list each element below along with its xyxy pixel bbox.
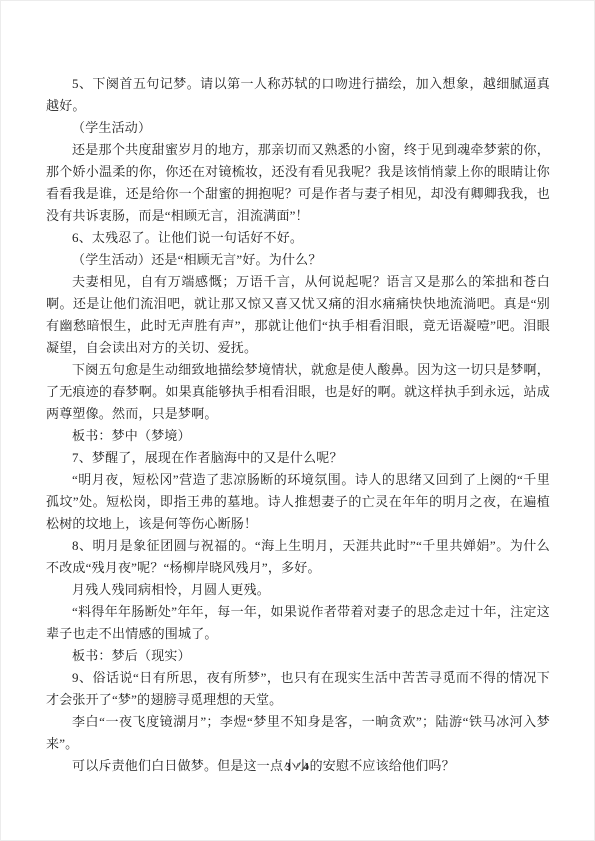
paragraph-analysis-tears: 夫妻相见，自有万端感慨；万语千言，从何说起呢？语言又是那么的笨拙和苍白啊。还是让… bbox=[46, 271, 550, 359]
paragraph-question-7: 7、梦醒了，展现在作者脑海中的又是什么呢？ bbox=[46, 447, 550, 469]
document-page: 5、下阕首五句记梦。请以第一人称苏轼的口吻进行描绘，加入想象，越细腻逼真越好。 … bbox=[0, 0, 595, 841]
paragraph-student-activity: （学生活动） bbox=[46, 117, 550, 139]
paragraph-moon-comment: 月残人残同病相怜，月圆人更残。 bbox=[46, 579, 550, 601]
paragraph-question-5: 5、下阕首五句记梦。请以第一人称苏轼的口吻进行描绘，加入想象，越细腻逼真越好。 bbox=[46, 73, 550, 117]
document-body: 5、下阕首五句记梦。请以第一人称苏轼的口吻进行描绘，加入想象，越细腻逼真越好。 … bbox=[46, 73, 550, 777]
paragraph-question-8: 8、明月是象征团圆与祝福的。“海上生明月，天涯共此时”“千里共婵娟”。为什么不改… bbox=[46, 535, 550, 579]
paragraph-poets-examples: 李白“一夜飞度镜湖月”；李煜“梦里不知身是客，一晌贪欢”；陆游“铁马冰河入梦来”… bbox=[46, 711, 550, 755]
paragraph-analysis-moonnight: “明月夜，短松冈”营造了悲凉肠断的环境氛围。诗人的思绪又回到了上阕的“千里孤坟”… bbox=[46, 469, 550, 535]
paragraph-dream-description: 还是那个共度甜蜜岁月的地方，那亲切而又熟悉的小窗，终于见到魂牵梦萦的你，那个娇小… bbox=[46, 139, 550, 227]
paragraph-student-activity-answer: （学生活动）还是“相顾无言”好。为什么？ bbox=[46, 249, 550, 271]
paragraph-analysis-dream: 下阕五句愈是生动细致地描绘梦境情状，就愈是使人酸鼻。因为这一切只是梦啊，了无痕迹… bbox=[46, 359, 550, 425]
paragraph-board-note-after-dream: 板书：梦后（现实） bbox=[46, 645, 550, 667]
paragraph-analysis-yearning: “料得年年肠断处”年年，每一年，如果说作者带着对妻子的思念走过十年，注定这辈子也… bbox=[46, 601, 550, 645]
page-number: 3 / 4 bbox=[1, 761, 594, 773]
paragraph-question-6: 6、太残忍了。让他们说一句话好不好。 bbox=[46, 227, 550, 249]
paragraph-board-note-dream: 板书：梦中（梦境） bbox=[46, 425, 550, 447]
paragraph-question-9: 9、俗话说“日有所思，夜有所梦”，也只有在现实生活中苦苦寻觅而不得的情况下才会张… bbox=[46, 667, 550, 711]
